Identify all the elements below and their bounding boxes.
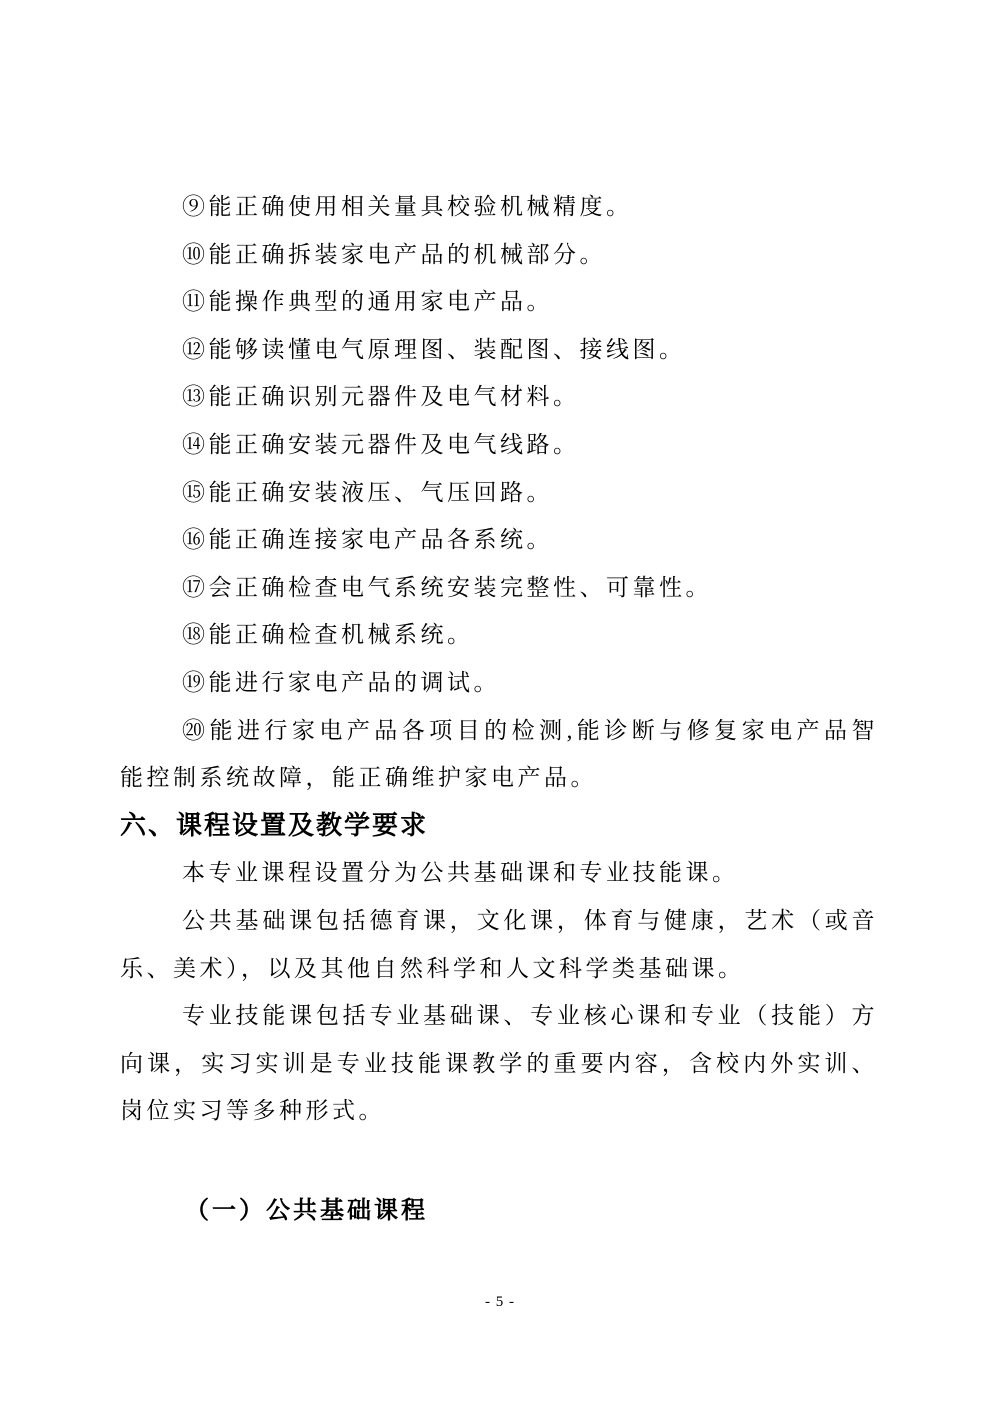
skill-item-17: ⑰会正确检查电气系统安装完整性、可靠性。: [120, 564, 878, 612]
subsection-heading-1: （一）公共基础课程: [120, 1188, 878, 1236]
skill-item-18: ⑱能正确检查机械系统。: [120, 611, 878, 659]
skill-item-13: ⑬能正确识别元器件及电气材料。: [120, 373, 878, 421]
skill-item-14: ⑭能正确安装元器件及电气线路。: [120, 421, 878, 469]
page-body: ⑨能正确使用相关量具校验机械精度。 ⑩能正确拆装家电产品的机械部分。 ⑪能操作典…: [120, 183, 878, 1235]
skill-item-20-line-2: 能控制系统故障，能正确维护家电产品。: [120, 754, 878, 802]
page-number: - 5 -: [0, 1294, 1000, 1311]
skill-item-19: ⑲能进行家电产品的调试。: [120, 659, 878, 707]
skill-item-11: ⑪能操作典型的通用家电产品。: [120, 278, 878, 326]
document-page: ⑨能正确使用相关量具校验机械精度。 ⑩能正确拆装家电产品的机械部分。 ⑪能操作典…: [0, 0, 1000, 1414]
skill-item-10: ⑩能正确拆装家电产品的机械部分。: [120, 231, 878, 279]
paragraph-1-line-1: 本专业课程设置分为公共基础课和专业技能课。: [120, 849, 878, 897]
skill-item-20-line-1: ⑳能进行家电产品各项目的检测,能诊断与修复家电产品智: [120, 707, 878, 755]
skill-item-12: ⑫能够读懂电气原理图、装配图、接线图。: [120, 326, 878, 374]
skill-item-16: ⑯能正确连接家电产品各系统。: [120, 516, 878, 564]
skill-item-15: ⑮能正确安装液压、气压回路。: [120, 469, 878, 517]
skill-item-9: ⑨能正确使用相关量具校验机械精度。: [120, 183, 878, 231]
paragraph-3-line-3: 岗位实习等多种形式。: [120, 1087, 878, 1135]
section-heading-6: 六、课程设置及教学要求: [120, 802, 878, 850]
paragraph-2-line-1: 公共基础课包括德育课，文化课，体育与健康，艺术（或音: [120, 897, 878, 945]
paragraph-3-line-2: 向课，实习实训是专业技能课教学的重要内容，含校内外实训、: [120, 1040, 878, 1088]
paragraph-2-line-2: 乐、美术），以及其他自然科学和人文科学类基础课。: [120, 945, 878, 993]
paragraph-3-line-1: 专业技能课包括专业基础课、专业核心课和专业（技能）方: [120, 992, 878, 1040]
